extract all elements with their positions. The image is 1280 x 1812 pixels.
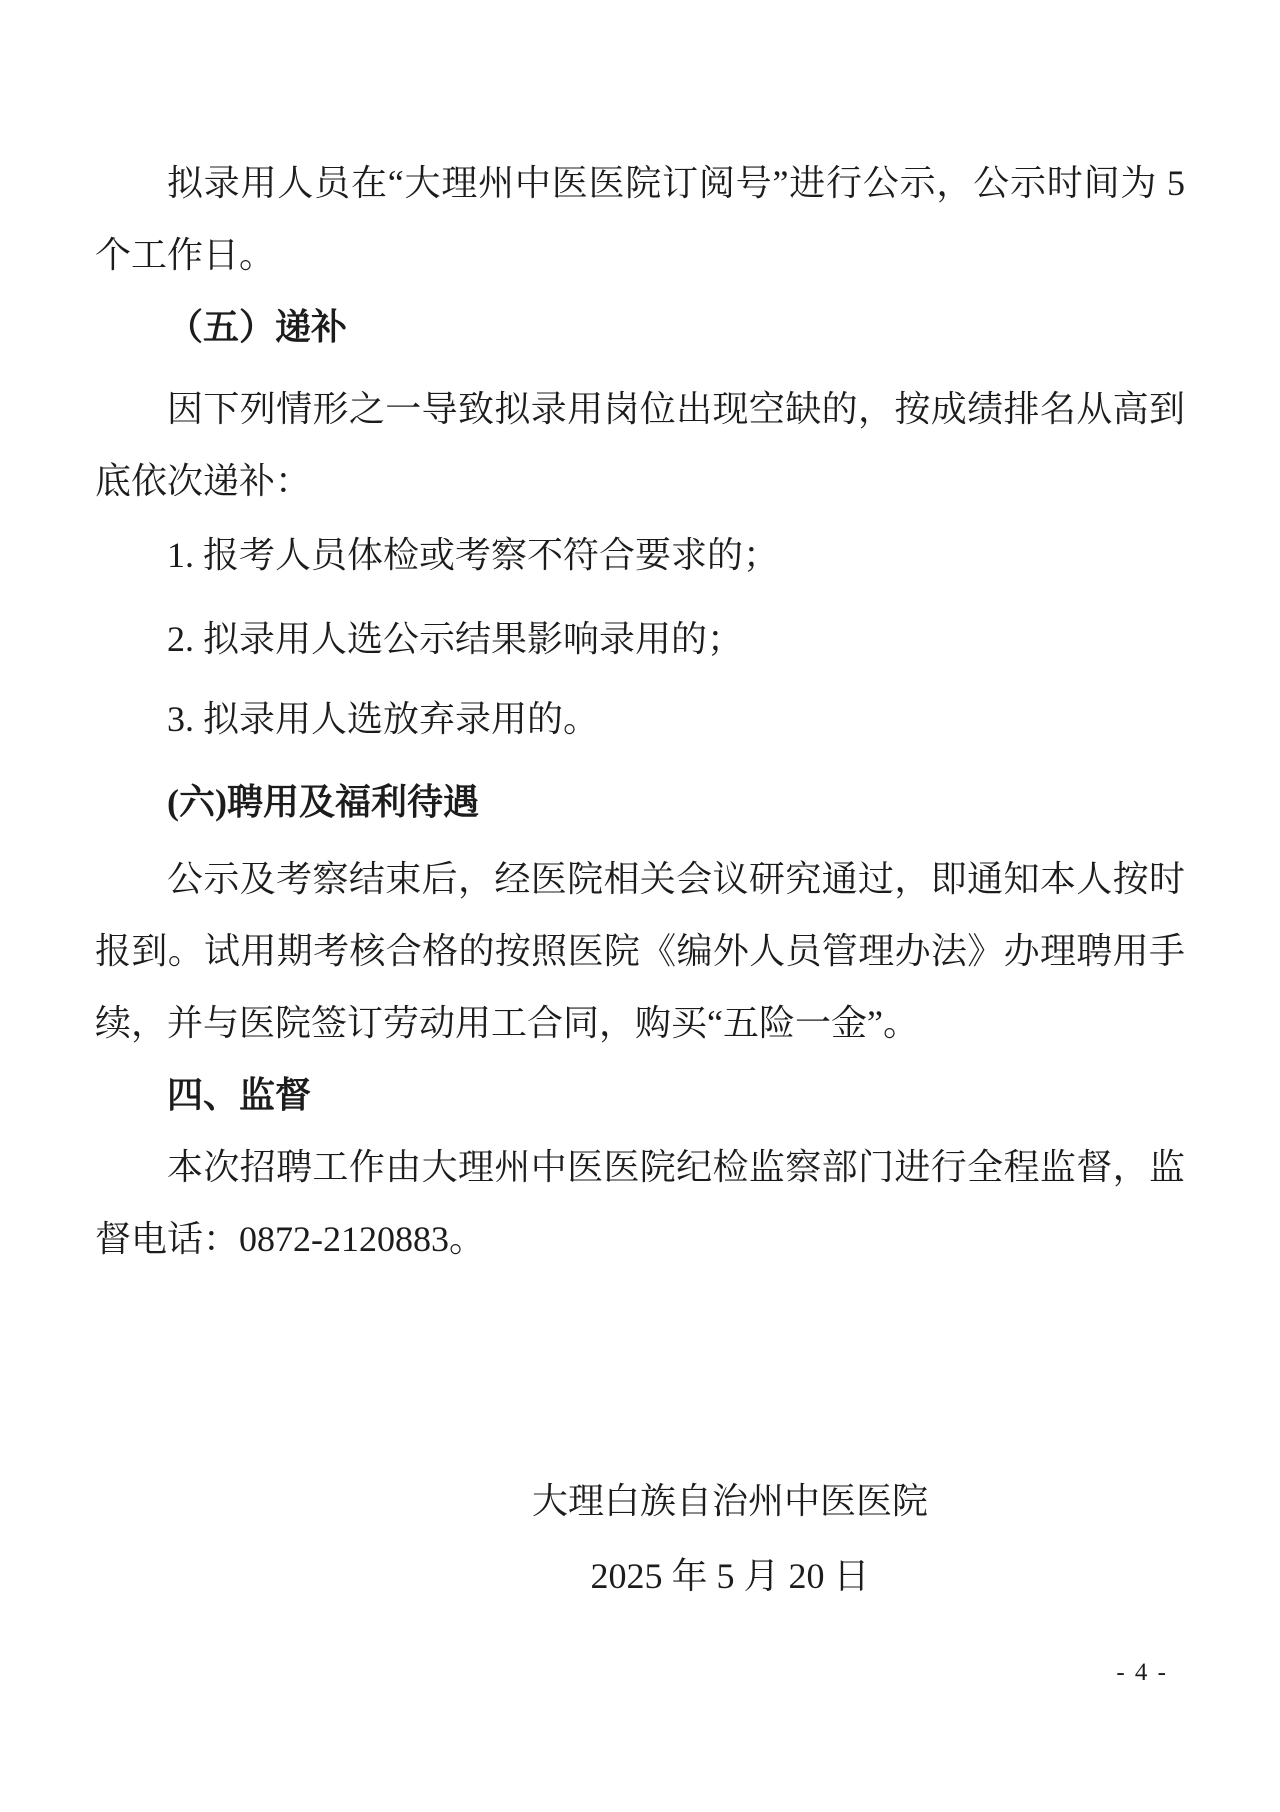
list-item-2: 2. 拟录用人选公示结果影响录用的； <box>95 603 1185 675</box>
paragraph-supervision-phone: 本次招聘工作由大理州中医医院纪检监察部门进行全程监督，监督电话：0872-212… <box>95 1131 1185 1275</box>
signature-block: 大理白族自治州中医医院 2025 年 5 月 20 日 <box>185 1465 1275 1612</box>
paragraph-vacancy-conditions: 因下列情形之一导致拟录用岗位出现空缺的，按成绩排名从高到底依次递补： <box>95 373 1185 517</box>
list-item-1: 1. 报考人员体检或考察不符合要求的； <box>95 519 1185 591</box>
page-number: - 4 - <box>1116 1658 1168 1688</box>
paragraph-employment-process: 公示及考察结束后，经医院相关会议研究通过，即通知本人按时报到。试用期考核合格的按… <box>95 843 1185 1059</box>
signature-organization: 大理白族自治州中医医院 <box>185 1465 1275 1537</box>
heading-section-five-dibu: （五）递补 <box>95 291 1185 363</box>
document-page: 拟录用人员在“大理州中医医院订阅号”进行公示，公示时间为 5 个工作日。 （五）… <box>0 0 1280 1812</box>
signature-date: 2025 年 5 月 20 日 <box>185 1540 1275 1612</box>
heading-section-four-supervision: 四、监督 <box>95 1059 1185 1131</box>
paragraph-publicity: 拟录用人员在“大理州中医医院订阅号”进行公示，公示时间为 5 个工作日。 <box>95 147 1185 291</box>
list-item-3: 3. 拟录用人选放弃录用的。 <box>95 683 1185 755</box>
heading-section-six-employment-benefits: (六)聘用及福利待遇 <box>95 766 1185 838</box>
